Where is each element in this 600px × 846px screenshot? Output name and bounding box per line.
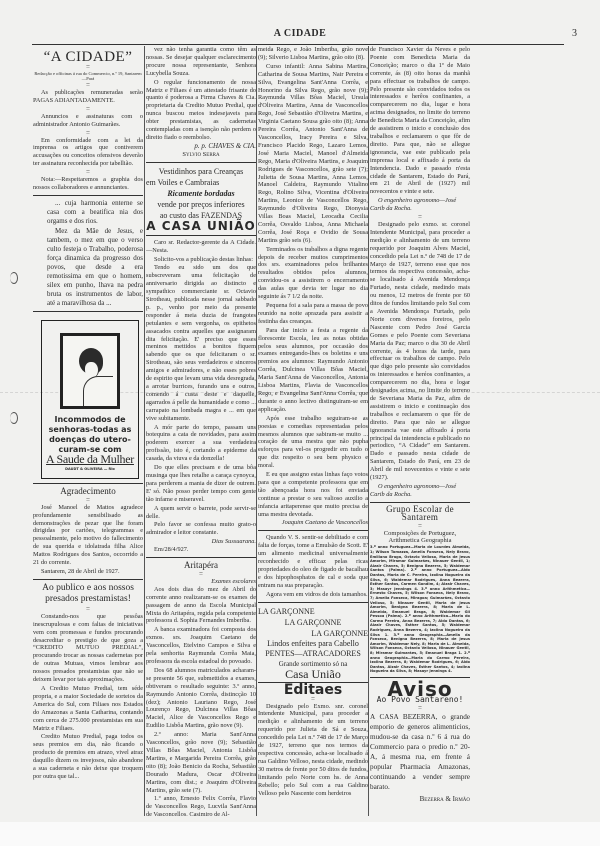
letter-paragraph: Pelo favor se confessa muito grato-o adm… xyxy=(146,521,256,537)
store-name: Casa União xyxy=(258,669,368,679)
article-paragraph: O regular funcionamento de nossa Matriz … xyxy=(146,79,256,142)
letter-date: Em/28/4/927. xyxy=(146,546,256,554)
aritapera-subtitle: Exames escolares xyxy=(146,578,256,586)
edital-signoff: O engenheiro agronomo—José Carib da Roch… xyxy=(370,483,470,499)
edital-body: Designado pelo exmo. sr. coronel Intende… xyxy=(370,221,470,482)
scan-margin xyxy=(0,822,600,846)
letter-paragraph: Do que elles precisam e de uma bôa musin… xyxy=(146,464,256,504)
header-rule xyxy=(32,44,564,45)
masthead-title: A CIDADE xyxy=(30,28,570,42)
section-rule xyxy=(258,602,368,603)
signature-sylvio: Sylvio Serra xyxy=(146,151,256,159)
newspaper-page: A CIDADE 3 “A CIDADE” = Redacção e offic… xyxy=(0,0,600,846)
section-rule xyxy=(33,483,143,484)
agradecimento-dateline: Santarem, 28 de Abril de 1927. xyxy=(33,568,143,576)
section-rule xyxy=(33,195,143,196)
article-paragraph: Mez da Mãe de Jesus, e tambem, o mez em … xyxy=(47,227,143,308)
article-paragraph: Pequena foi a sala para a massa de povo … xyxy=(258,302,368,326)
aritapera-signature: Joaquim Caetano de Vasconcellos xyxy=(258,519,368,527)
column-divider xyxy=(144,46,145,816)
column-4: de Francisco Xavier da Neves e pelo Poen… xyxy=(370,46,470,816)
grupo-escolar-heading: Grupo Escolar de Santarem xyxy=(370,506,470,522)
margin-mark xyxy=(10,272,18,284)
editaes-heading: Editaes xyxy=(258,687,368,695)
section-rule xyxy=(146,235,256,236)
article-paragraph: Curso infantil: Anna Sabina Martins, Cat… xyxy=(258,63,368,245)
article-paragraph: Para dar inicio a festa a regente da flo… xyxy=(258,327,368,414)
ad-emulsao-scott: Quando V. S. sentir-se debilitado e com … xyxy=(258,534,368,589)
article-paragraph: Dos 68 alumnos matriculados acharam-se p… xyxy=(146,667,256,730)
notice-subscriptions: Annuncios e assinaturas com o administra… xyxy=(33,113,143,129)
column-3: meida Rego, e João Imberiba, grão nove (… xyxy=(258,46,368,816)
edital-continuation: de Francisco Xavier da Neves e pelo Poen… xyxy=(370,46,470,196)
section-rule xyxy=(33,579,143,580)
article-paragraph: Após esse trabalho seguiram-se as poesia… xyxy=(258,415,368,470)
column-divider xyxy=(256,46,257,816)
publico-heading: Ao publico e aos nossos presados prestam… xyxy=(33,583,143,605)
agradecimento-heading: Agradecimento xyxy=(33,488,143,496)
ad-casa-uniao-vestidinhos: Vestidinhos para Creanças em Voiles e Ca… xyxy=(146,166,256,232)
article-paragraph: Constando-nos que pessôas inescrupulosas… xyxy=(33,613,143,684)
notice-paid-publications: As publicações remuneradas serão PAGAS A… xyxy=(33,89,143,105)
notice-legal: Em conformidade com a lei da imprensa os… xyxy=(33,137,143,169)
ad-emulsao-scott: Agora vem em vidros de dois tamanhos. xyxy=(258,591,368,599)
paper-address: Redacção e officinas á rua do Commercio,… xyxy=(33,71,143,81)
ad-brand-name: A Saude da Mulher xyxy=(46,456,134,464)
letter-paragraph: Tendo eu sido um dos que subscreveram um… xyxy=(146,264,256,422)
margin-mark xyxy=(10,412,18,424)
aritapera-heading: Aritapéra xyxy=(146,562,256,570)
aviso-heading: Aviso xyxy=(370,686,470,694)
section-rule xyxy=(258,530,368,531)
signature-chaves: p. p. CHAVES & CIA. xyxy=(146,143,256,151)
article-paragraph: Aos dois dias do mez de Abril do corrent… xyxy=(146,586,256,626)
section-rule xyxy=(146,557,256,558)
aviso-signature: Bezerra & Irmão xyxy=(370,796,470,804)
edital-signoff: O engenheiro agronomo—José Carib da Roch… xyxy=(370,197,470,213)
letter-paragraph: A mór parte do tempo, passam uns botequi… xyxy=(146,424,256,464)
section-rule xyxy=(146,162,256,163)
store-name: A CASA UNIÃO xyxy=(146,221,256,232)
ad-casa-uniao-enfeites: Lindos enfeites para Cabello PENTES—ATRA… xyxy=(258,639,368,679)
ad-la-garconne: LA GARÇONNE LA GARÇONNE LA GARÇONNE xyxy=(258,606,368,639)
article-paragraph: ... cuja harmonia enterne se casa com a … xyxy=(47,199,143,226)
article-paragraph: E eu que assigno estas linhas faço votos… xyxy=(258,471,368,518)
article-paragraph: A banca examinadora foi composta dos exm… xyxy=(146,626,256,666)
letter-signature: Dias Sussuarana. xyxy=(146,538,256,546)
ad-saude-da-mulher: Incommodos de senhoras-todas as doenças … xyxy=(41,320,139,479)
article-paragraph: Credito Mutuo Predial, paga todos os seu… xyxy=(33,733,143,780)
column-1: “A CIDADE” = Redacção e officinas á rua … xyxy=(33,46,143,816)
article-paragraph: meida Rego, e João Imberiba, grão nove (… xyxy=(258,46,368,62)
letter-paragraph: A quem servir o barrete, pode servir-se … xyxy=(146,505,256,521)
column-divider xyxy=(368,46,369,816)
agradecimento-body: José Manoel de Mattos agradece profundam… xyxy=(33,504,143,567)
woman-portrait-illustration xyxy=(60,333,120,409)
paper-name-box-title: “A CIDADE” xyxy=(33,54,143,62)
page-number: 3 xyxy=(572,28,577,39)
column-2: vez não tenha garantia como têm as nossa… xyxy=(146,46,256,816)
letter-salutation: Caro sr. Redactor-gerente da A Cidade.—N… xyxy=(146,239,256,255)
notice-spelling: Nota:—Respeitaremos a graphia dos nossos… xyxy=(33,176,143,192)
article-paragraph: Terminados os trabalhos a digna regente … xyxy=(258,246,368,301)
grupo-escolar-subtitle: Composições de Portuguez, Arithmetica Ge… xyxy=(370,530,470,546)
article-paragraph: 1.º anno, Ernesto Felix Corrêa, Flavio d… xyxy=(146,795,256,816)
letter-paragraph: Solicito-vos a publicação destas linhas: xyxy=(146,256,256,264)
edital-body: Designado pelo Exmo. snr. coronel Intend… xyxy=(258,703,368,798)
aviso-subtitle: Ao Povo Santareno! xyxy=(370,696,470,704)
article-paragraph: A Credito Mutuo Predial, tem séde propri… xyxy=(33,685,143,732)
article-paragraph: 2.º anno: Maria Sant'Anna Vasconcellos, … xyxy=(146,731,256,794)
aviso-body: A CASA BEZERRA, o grande emporio de gene… xyxy=(370,712,470,792)
section-rule xyxy=(33,311,143,312)
section-rule xyxy=(370,502,470,503)
grupo-escolar-results: 3.º anno Portuguez—Maria de Lourdes Alme… xyxy=(370,545,470,674)
article-paragraph: vez não tenha garantia como têm as nossa… xyxy=(146,46,256,78)
